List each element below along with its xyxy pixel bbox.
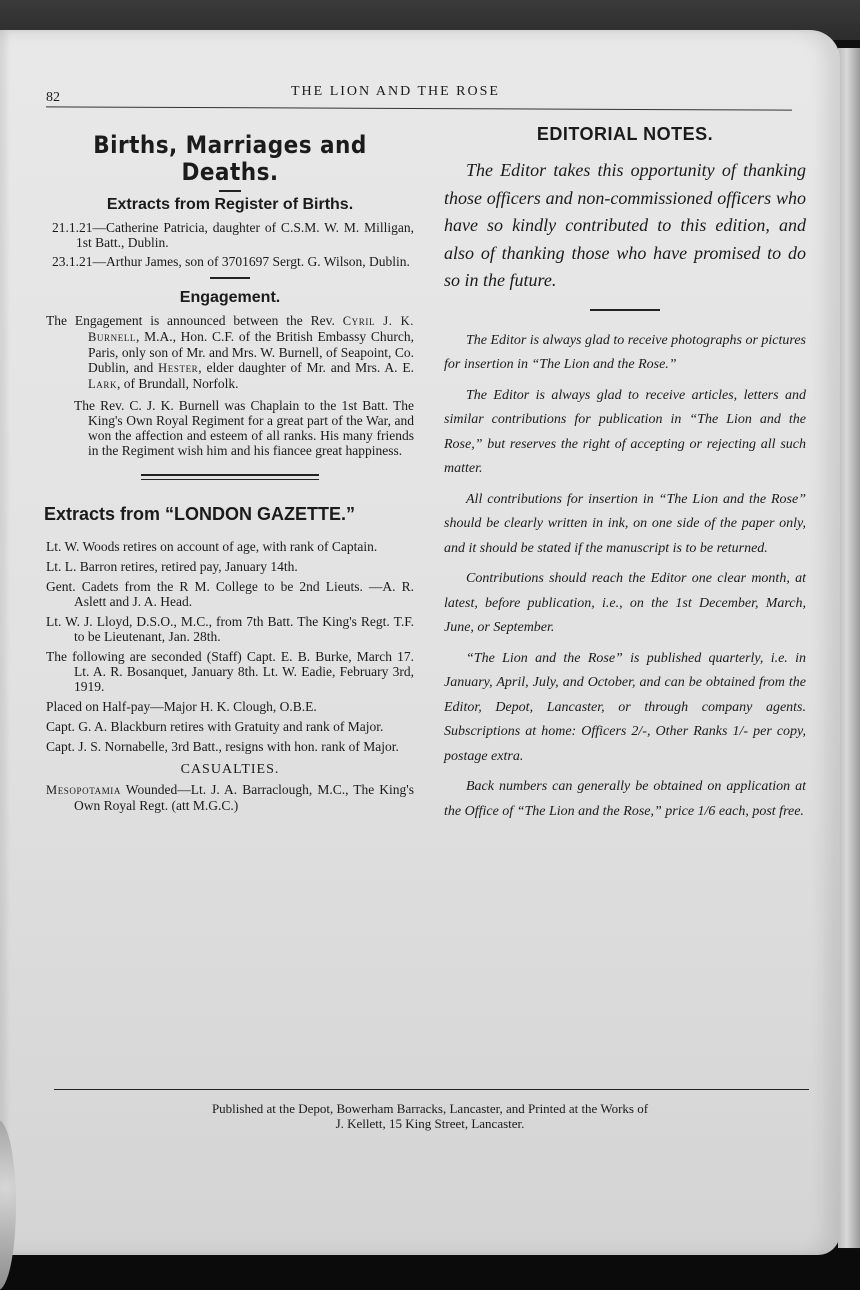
birth-entry: 23.1.21—Arthur James, son of 3701697 Ser…: [46, 254, 414, 269]
editorial-paragraph: The Editor is always glad to receive art…: [444, 384, 806, 482]
births-marriages-deaths-title: Births, Marriages and Deaths.: [64, 132, 395, 186]
gazette-entry: Capt. G. A. Blackburn retires with Gratu…: [46, 719, 414, 734]
footer-rule: [54, 1089, 809, 1090]
editorial-notes-heading: EDITORIAL NOTES.: [444, 124, 806, 145]
double-divider: [141, 474, 319, 480]
imprint-line-1: Published at the Depot, Bowerham Barrack…: [60, 1101, 800, 1116]
text: , elder daughter of Mr. and Mrs. A. E.: [198, 360, 414, 375]
london-gazette-heading: Extracts from “LONDON GAZETTE.”: [44, 504, 414, 525]
divider: [210, 277, 250, 279]
gazette-entry: Lt. W. J. Lloyd, D.S.O., M.C., from 7th …: [46, 614, 414, 644]
running-head: 82 THE LION AND THE ROSE: [46, 82, 796, 110]
title-line-1: Births, Marriages and: [93, 131, 367, 159]
divider: [590, 309, 660, 311]
running-title: THE LION AND THE ROSE: [291, 84, 500, 100]
magazine-page: 82 THE LION AND THE ROSE Births, Marriag…: [0, 30, 840, 1255]
page-number: 82: [46, 90, 60, 106]
editorial-paragraph: “The Lion and the Rose” is published qua…: [444, 647, 806, 770]
editorial-paragraph: Contributions should reach the Editor on…: [444, 567, 806, 641]
gazette-entry: The following are seconded (Staff) Capt.…: [46, 649, 414, 694]
casualty-location: Mesopotamia: [46, 783, 121, 797]
births-heading: Extracts from Register of Births.: [46, 196, 414, 214]
casualty-entry: Mesopotamia Wounded—Lt. J. A. Barracloug…: [46, 782, 414, 813]
bride-surname: Lark: [88, 377, 117, 391]
right-column: EDITORIAL NOTES. The Editor takes this o…: [444, 124, 806, 830]
text: The Engagement is announced between the …: [46, 313, 343, 328]
birth-entry: 21.1.21—Catherine Patricia, daughter of …: [46, 220, 414, 250]
engagement-note: The Rev. C. J. K. Burnell was Chaplain t…: [46, 398, 414, 458]
bride-name: Hester: [158, 361, 198, 375]
imprint-line-2: J. Kellett, 15 King Street, Lancaster.: [60, 1116, 800, 1131]
casualty-text: Wounded—Lt. J. A. Barraclough, M.C., The…: [74, 782, 414, 813]
header-rule: [46, 106, 792, 110]
editorial-lead: The Editor takes this opportunity of tha…: [444, 157, 806, 295]
divider: [219, 190, 241, 192]
gazette-entry: Lt. W. Woods retires on account of age, …: [46, 539, 414, 554]
editorial-paragraph: Back numbers can generally be obtained o…: [444, 775, 806, 824]
gazette-entry: Placed on Half-pay—Major H. K. Clough, O…: [46, 699, 414, 714]
imprint-footer: Published at the Depot, Bowerham Barrack…: [60, 1101, 800, 1131]
editorial-paragraph: The Editor is always glad to receive pho…: [444, 329, 806, 378]
background-bottom: [0, 1250, 860, 1290]
left-column: Births, Marriages and Deaths. Extracts f…: [46, 132, 414, 818]
casualties-heading: CASUALTIES.: [46, 762, 414, 778]
gazette-entry: Capt. J. S. Nornabelle, 3rd Batt., resig…: [46, 739, 414, 754]
next-page-edge: [838, 48, 860, 1248]
gazette-entry: Lt. L. Barron retires, retired pay, Janu…: [46, 559, 414, 574]
engagement-announcement: The Engagement is announced between the …: [46, 313, 414, 392]
gazette-entry: Gent. Cadets from the R M. College to be…: [46, 579, 414, 609]
text: , of Brundall, Norfolk.: [117, 376, 238, 391]
engagement-heading: Engagement.: [46, 289, 414, 307]
editorial-paragraph: All contributions for insertion in “The …: [444, 488, 806, 562]
title-line-2: Deaths.: [181, 158, 278, 186]
